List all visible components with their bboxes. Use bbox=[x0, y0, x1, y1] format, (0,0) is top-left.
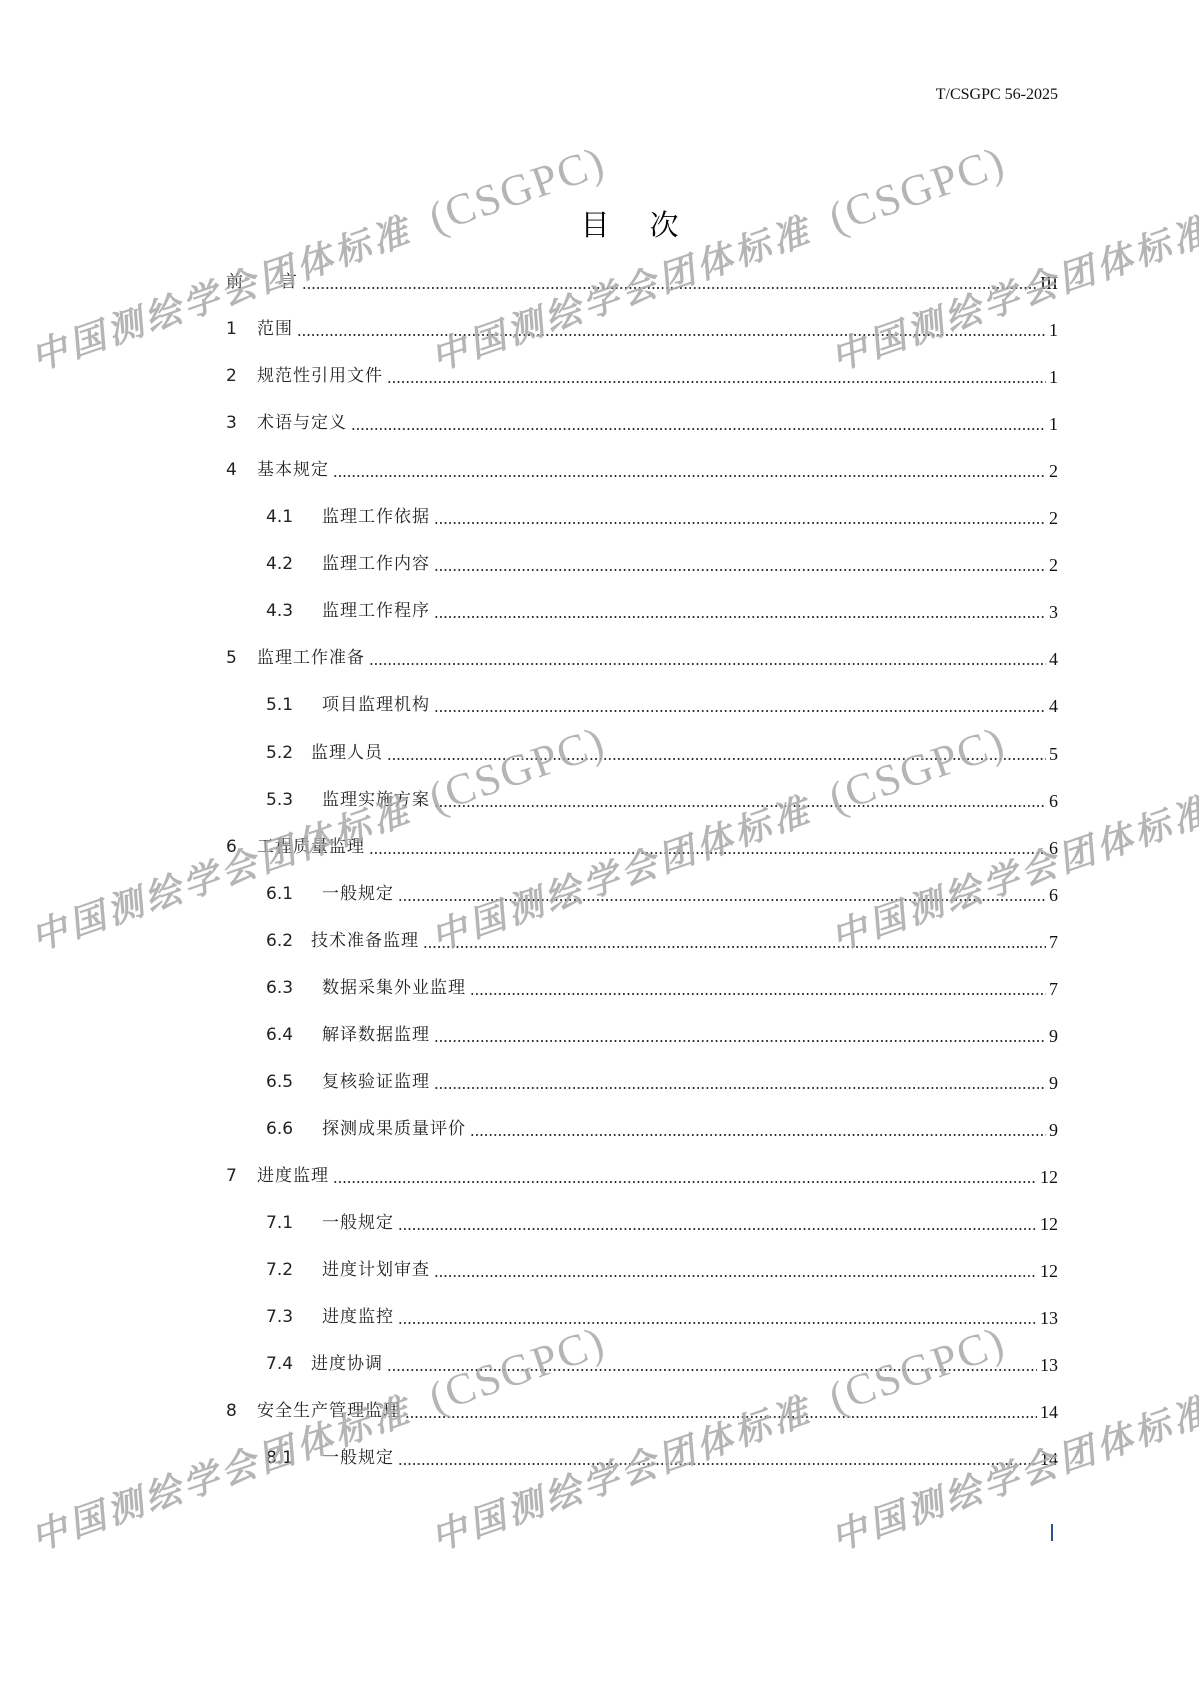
toc-entry-page-number: 14 bbox=[1040, 1402, 1058, 1423]
dot-leader bbox=[398, 1228, 1037, 1230]
toc-entry[interactable]: 5监理工作准备4 bbox=[0, 644, 1199, 670]
toc-entry-page-number: 2 bbox=[1049, 508, 1058, 529]
toc-entry-label: 规范性引用文件 bbox=[257, 361, 383, 386]
toc-entry-page-number: 5 bbox=[1049, 744, 1058, 765]
toc-entry-number: 6 bbox=[226, 837, 237, 857]
toc-entry[interactable]: 6.1一般规定6 bbox=[0, 880, 1199, 906]
toc-entry-page-number: 6 bbox=[1049, 838, 1058, 859]
toc-entry-label: 解译数据监理 bbox=[322, 1020, 430, 1045]
dot-leader bbox=[369, 663, 1046, 665]
dot-leader bbox=[434, 1040, 1046, 1042]
dot-leader bbox=[470, 1134, 1046, 1136]
toc-entry[interactable]: 4.3监理工作程序3 bbox=[0, 597, 1199, 623]
dot-leader bbox=[398, 899, 1046, 901]
watermark: 中国测绘学会团体标准(CSGPC) bbox=[423, 136, 1011, 381]
toc-entry-label: 监理工作内容 bbox=[322, 549, 430, 574]
toc-entry-label: 监理工作准备 bbox=[257, 643, 365, 668]
toc-entry[interactable]: 6.6探测成果质量评价9 bbox=[0, 1115, 1199, 1141]
toc-entry-number: 5.2 bbox=[266, 743, 293, 763]
dot-leader bbox=[398, 1322, 1037, 1324]
toc-entry-page-number: 4 bbox=[1049, 696, 1058, 717]
document-code: T/CSGPC 56-2025 bbox=[936, 86, 1058, 104]
dot-leader bbox=[434, 1275, 1037, 1277]
toc-entry-number: 5.1 bbox=[266, 695, 293, 715]
dot-leader bbox=[333, 475, 1046, 477]
toc-title: 目次 bbox=[0, 203, 1199, 244]
toc-entry-number: 1 bbox=[226, 319, 237, 339]
toc-entry-label: 一般规定 bbox=[322, 1208, 394, 1233]
toc-entry[interactable]: 6.4解译数据监理9 bbox=[0, 1021, 1199, 1047]
toc-entry-page-number: 3 bbox=[1049, 602, 1058, 623]
toc-title-char-2: 次 bbox=[650, 203, 679, 244]
dot-leader bbox=[434, 805, 1046, 807]
toc-entry-page-number: 7 bbox=[1049, 932, 1058, 953]
toc-entry-page-number: 2 bbox=[1049, 555, 1058, 576]
toc-title-char-1: 目 bbox=[580, 203, 609, 244]
footer-page-mark bbox=[1051, 1524, 1053, 1541]
toc-entry-page-number: 6 bbox=[1049, 791, 1058, 812]
toc-entry-page-number: 12 bbox=[1040, 1261, 1058, 1282]
toc-entry[interactable]: 4.2监理工作内容2 bbox=[0, 550, 1199, 576]
dot-leader bbox=[351, 428, 1046, 430]
toc-entry-label: 术语与定义 bbox=[257, 408, 347, 433]
toc-entry[interactable]: 7进度监理12 bbox=[0, 1162, 1199, 1188]
toc-entry-number: 3 bbox=[226, 413, 237, 433]
toc-entry-number: 6.2 bbox=[266, 931, 293, 951]
toc-entry-label: 复核验证监理 bbox=[322, 1067, 430, 1092]
toc-entry-number: 4.1 bbox=[266, 507, 293, 527]
toc-entry-page-number: 1 bbox=[1049, 414, 1058, 435]
toc-entry[interactable]: 6.3数据采集外业监理7 bbox=[0, 974, 1199, 1000]
toc-entry[interactable]: 7.3进度监控13 bbox=[0, 1303, 1199, 1329]
dot-leader bbox=[434, 1087, 1046, 1089]
dot-leader bbox=[434, 569, 1046, 571]
toc-entry-label: 进度计划审查 bbox=[322, 1255, 430, 1280]
dot-leader bbox=[387, 758, 1046, 760]
dot-leader bbox=[297, 334, 1046, 336]
toc-entry-number: 7.2 bbox=[266, 1260, 293, 1280]
toc-entry-label: 进度监理 bbox=[257, 1161, 329, 1186]
toc-entry-page-number: 12 bbox=[1040, 1214, 1058, 1235]
toc-entry-label: 安全生产管理监理 bbox=[257, 1396, 401, 1421]
dot-leader bbox=[387, 381, 1046, 383]
watermark: 中国测绘学会团体标准(CSGPC) bbox=[823, 136, 1199, 381]
toc-entry[interactable]: 8.1一般规定14 bbox=[0, 1444, 1199, 1470]
toc-entry[interactable]: 前 言III bbox=[0, 268, 1199, 294]
toc-entry-page-number: 7 bbox=[1049, 979, 1058, 1000]
toc-entry-number: 5.3 bbox=[266, 790, 293, 810]
toc-entry-label: 前 言 bbox=[226, 267, 298, 292]
toc-entry-number: 4.2 bbox=[266, 554, 293, 574]
toc-entry[interactable]: 2规范性引用文件1 bbox=[0, 362, 1199, 388]
dot-leader bbox=[333, 1181, 1037, 1183]
toc-entry-number: 6.6 bbox=[266, 1119, 293, 1139]
toc-entry-page-number: 2 bbox=[1049, 461, 1058, 482]
toc-entry-page-number: 13 bbox=[1040, 1308, 1058, 1329]
toc-entry-number: 6.5 bbox=[266, 1072, 293, 1092]
toc-entry[interactable]: 4.1监理工作依据2 bbox=[0, 503, 1199, 529]
toc-entry[interactable]: 4基本规定2 bbox=[0, 456, 1199, 482]
toc-entry-label: 进度监控 bbox=[322, 1302, 394, 1327]
toc-entry-number: 7.4 bbox=[266, 1354, 293, 1374]
toc-entry[interactable]: 5.1项目监理机构4 bbox=[0, 691, 1199, 717]
toc-entry[interactable]: 5.2监理人员5 bbox=[0, 739, 1199, 765]
toc-entry-page-number: 6 bbox=[1049, 885, 1058, 906]
toc-entry-number: 4 bbox=[226, 460, 237, 480]
toc-entry-number: 4.3 bbox=[266, 601, 293, 621]
dot-leader bbox=[423, 946, 1046, 948]
toc-entry-page-number: 14 bbox=[1040, 1449, 1058, 1470]
toc-entry-label: 数据采集外业监理 bbox=[322, 973, 466, 998]
toc-entry-page-number: 9 bbox=[1049, 1073, 1058, 1094]
document-page: T/CSGPC 56-2025 目次 前 言III1范围12规范性引用文件13术… bbox=[0, 0, 1199, 1696]
toc-entry[interactable]: 1范围1 bbox=[0, 315, 1199, 341]
toc-entry[interactable]: 7.2进度计划审查12 bbox=[0, 1256, 1199, 1282]
dot-leader bbox=[405, 1416, 1037, 1418]
toc-entry-label: 监理人员 bbox=[311, 738, 383, 763]
toc-entry-number: 6.1 bbox=[266, 884, 293, 904]
toc-entry[interactable]: 7.1一般规定12 bbox=[0, 1209, 1199, 1235]
dot-leader bbox=[302, 287, 1037, 289]
dot-leader bbox=[434, 522, 1046, 524]
toc-entry-page-number: 9 bbox=[1049, 1120, 1058, 1141]
toc-entry-number: 8.1 bbox=[266, 1448, 293, 1468]
dot-leader bbox=[470, 993, 1046, 995]
toc-entry-label: 项目监理机构 bbox=[322, 690, 430, 715]
toc-entry-number: 2 bbox=[226, 366, 237, 386]
toc-entry-label: 监理工作依据 bbox=[322, 502, 430, 527]
toc-entry-label: 进度协调 bbox=[311, 1349, 383, 1374]
toc-entry-label: 一般规定 bbox=[322, 879, 394, 904]
toc-entry-label: 探测成果质量评价 bbox=[322, 1114, 466, 1139]
toc-entry[interactable]: 8安全生产管理监理14 bbox=[0, 1397, 1199, 1423]
toc-entry-label: 工程质量监理 bbox=[257, 832, 365, 857]
dot-leader bbox=[387, 1369, 1037, 1371]
toc-entry-label: 监理工作程序 bbox=[322, 596, 430, 621]
toc-entry-number: 7 bbox=[226, 1166, 237, 1186]
watermark: 中国测绘学会团体标准(CSGPC) bbox=[23, 136, 611, 381]
toc-entry-page-number: 13 bbox=[1040, 1355, 1058, 1376]
toc-entry[interactable]: 6工程质量监理6 bbox=[0, 833, 1199, 859]
toc-entry[interactable]: 6.2技术准备监理7 bbox=[0, 927, 1199, 953]
toc-entry[interactable]: 7.4进度协调13 bbox=[0, 1350, 1199, 1376]
toc-entry-number: 6.3 bbox=[266, 978, 293, 998]
dot-leader bbox=[369, 852, 1046, 854]
dot-leader bbox=[398, 1463, 1037, 1465]
toc-entry-label: 范围 bbox=[257, 314, 293, 339]
toc-entry-label: 技术准备监理 bbox=[311, 926, 419, 951]
dot-leader bbox=[434, 616, 1046, 618]
toc-entry-page-number: III bbox=[1040, 273, 1058, 294]
toc-entry-number: 5 bbox=[226, 648, 237, 668]
toc-entry-label: 一般规定 bbox=[322, 1443, 394, 1468]
toc-entry-label: 基本规定 bbox=[257, 455, 329, 480]
toc-entry-page-number: 9 bbox=[1049, 1026, 1058, 1047]
toc-entry[interactable]: 5.3监理实施方案6 bbox=[0, 786, 1199, 812]
toc-entry[interactable]: 3术语与定义1 bbox=[0, 409, 1199, 435]
toc-entry-number: 6.4 bbox=[266, 1025, 293, 1045]
toc-entry-page-number: 1 bbox=[1049, 320, 1058, 341]
toc-entry-page-number: 1 bbox=[1049, 367, 1058, 388]
toc-entry-page-number: 4 bbox=[1049, 649, 1058, 670]
toc-entry-page-number: 12 bbox=[1040, 1167, 1058, 1188]
toc-entry-number: 7.1 bbox=[266, 1213, 293, 1233]
toc-entry[interactable]: 6.5复核验证监理9 bbox=[0, 1068, 1199, 1094]
toc-entry-number: 8 bbox=[226, 1401, 237, 1421]
dot-leader bbox=[434, 710, 1046, 712]
toc-entry-label: 监理实施方案 bbox=[322, 785, 430, 810]
toc-entry-number: 7.3 bbox=[266, 1307, 293, 1327]
